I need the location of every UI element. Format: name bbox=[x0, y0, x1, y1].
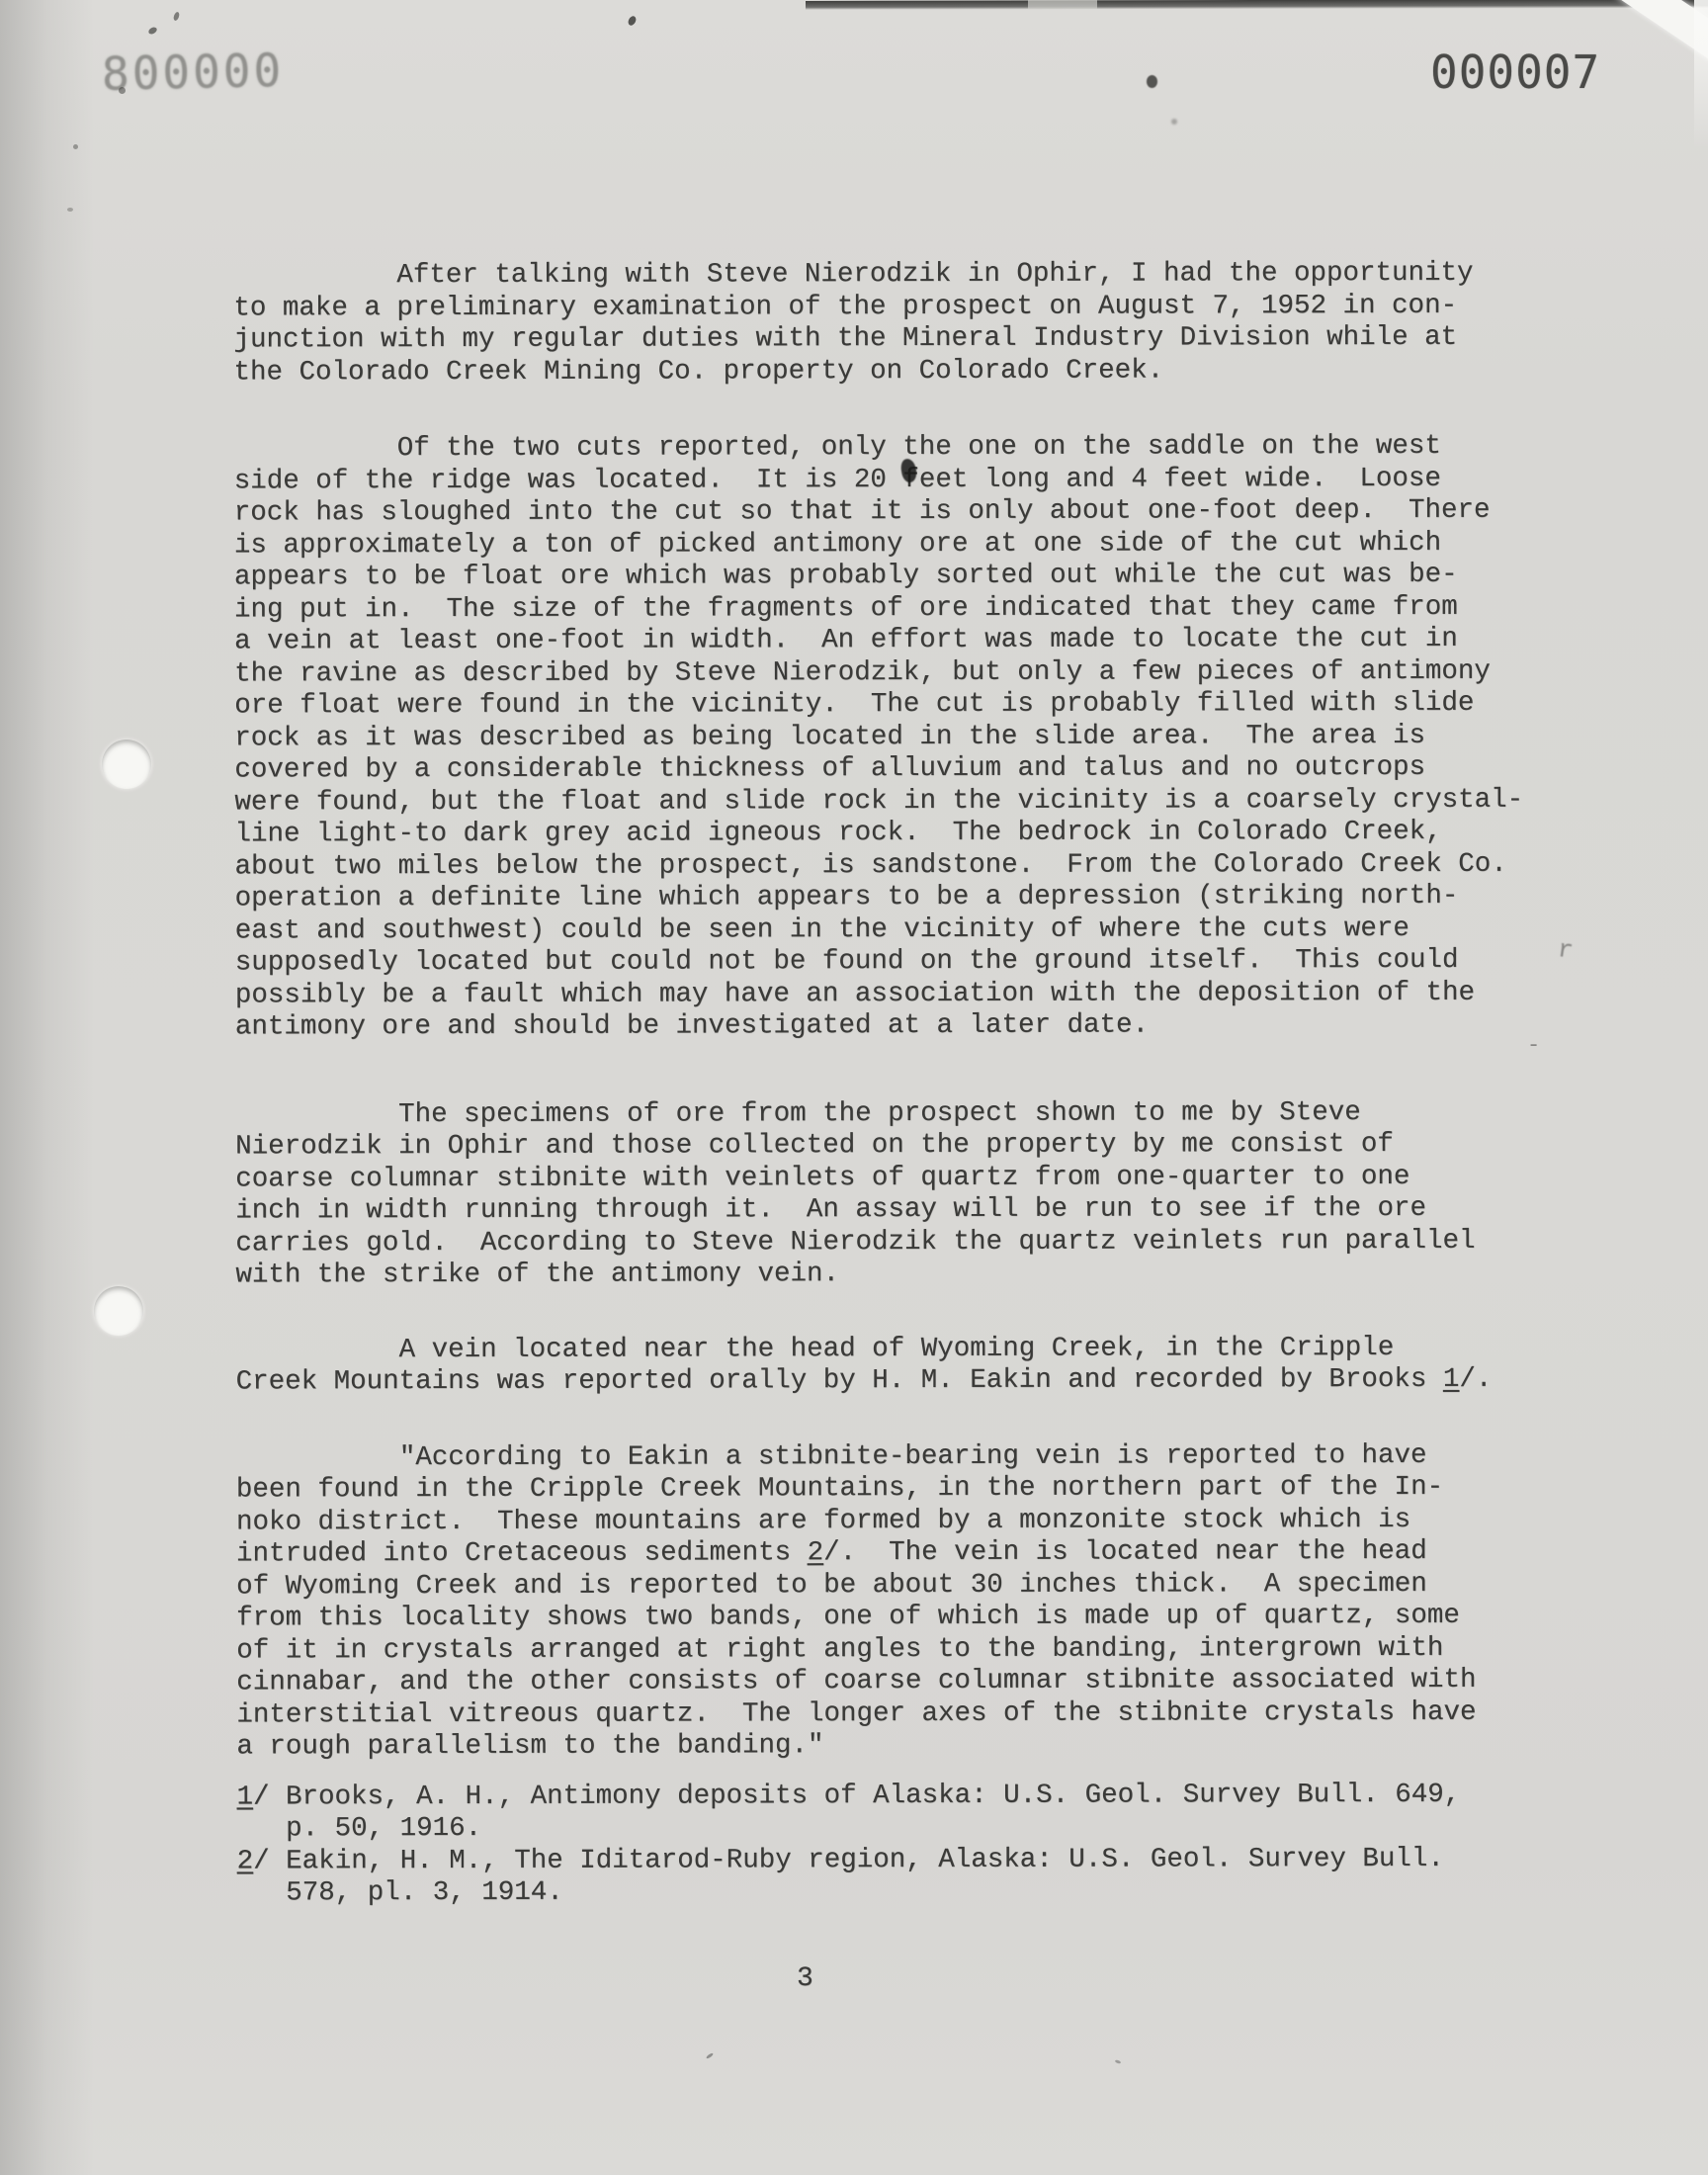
ink-speck bbox=[73, 144, 78, 149]
paragraph-4: A vein located near the head of Wyoming … bbox=[236, 1332, 1580, 1399]
ink-speck bbox=[119, 87, 126, 94]
footnotes: 1/ Brooks, A. H., Antimony deposits of A… bbox=[236, 1779, 1580, 1910]
ink-speck bbox=[67, 208, 73, 212]
ink-speck bbox=[1147, 75, 1157, 88]
ink-speck bbox=[1115, 2059, 1122, 2064]
paragraph-5-quote: "According to Eakin a stibnite-bearing v… bbox=[236, 1439, 1581, 1764]
paragraph-1: After talking with Steve Nierodzik in Op… bbox=[233, 258, 1578, 390]
stamp-number-faint: 800000 bbox=[102, 47, 285, 97]
stray-overstrike-mark: - bbox=[1527, 1033, 1540, 1058]
punch-hole-top bbox=[102, 739, 151, 789]
ink-speck bbox=[1171, 119, 1177, 125]
scanned-document-page: 800000 000007 After talking with Steve N… bbox=[0, 0, 1708, 2175]
document-body: After talking with Steve Nierodzik in Op… bbox=[233, 258, 1580, 1910]
page-number: 3 bbox=[797, 1963, 813, 1994]
scan-corner-sliver bbox=[1596, 0, 1708, 66]
ink-speck bbox=[627, 15, 638, 27]
ink-speck bbox=[706, 2052, 714, 2059]
ink-speck bbox=[147, 26, 158, 36]
punch-hole-bottom bbox=[94, 1286, 143, 1336]
paragraph-2: Of the two cuts reported, only the one o… bbox=[234, 431, 1580, 1044]
scan-edge-top bbox=[806, 0, 1708, 10]
paragraph-3: The specimens of ore from the prospect s… bbox=[235, 1096, 1580, 1292]
scan-edge-notch bbox=[1028, 0, 1097, 9]
ink-speck bbox=[173, 11, 181, 21]
stamp-number: 000007 bbox=[1430, 49, 1600, 95]
scan-edge-right bbox=[1694, 0, 1708, 148]
